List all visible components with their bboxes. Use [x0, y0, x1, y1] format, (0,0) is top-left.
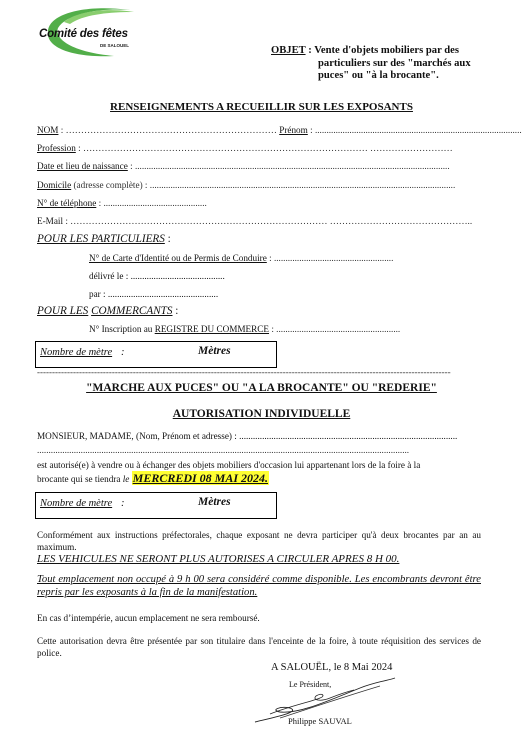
metre-unit-2: Mètres [198, 496, 231, 508]
monsieur-field[interactable]: MONSIEUR, MADAME, (Nom, Prénom et adress… [37, 431, 457, 442]
email-label: E-Mail [37, 216, 63, 226]
metre-box-1[interactable]: Nombre de mètre : Mètres [35, 341, 277, 368]
signature-place-date: A SALOUËL, le 8 Mai 2024 [271, 662, 392, 673]
commercants-label-b: COMMERCANTS [91, 305, 172, 317]
rule-presentation: Cette autorisation devra être présentée … [37, 636, 481, 659]
body2-le: le [123, 474, 132, 484]
commercants-label-a: POUR LES [37, 305, 88, 317]
metre-label-text-1: Nombre de mètre [40, 347, 112, 358]
naissance-dots: : ......................................… [128, 161, 450, 171]
autorisation-title-1: "MARCHE AUX PUCES" OU "A LA BROCANTE" OU… [0, 382, 523, 394]
signature-name: Philippe SAUVAL [288, 716, 352, 726]
objet-line-1: Vente d'objets mobiliers par des [314, 45, 459, 56]
metre-colon-1: : [121, 347, 125, 358]
nom-label: NOM [37, 125, 58, 135]
metre-box-2[interactable]: Nombre de mètre : Mètres [35, 492, 277, 519]
rule-prefectoral: Conformément aux instructions préfectora… [37, 530, 481, 553]
carte-dots: : ......................................… [267, 253, 394, 263]
logo-subtitle: DE SALOUEL [100, 43, 129, 48]
commercants-colon: : [173, 305, 179, 317]
objet-block: OBJET : Vente d'objets mobiliers par des… [271, 45, 511, 83]
objet-line-2: particuliers sur des "marchés aux [271, 58, 511, 71]
prenom-dots: : ......................................… [308, 125, 522, 135]
carte-label: N° de Carte d'Identité ou de Permis de C… [89, 253, 267, 263]
naissance-field[interactable]: Date et lieu de naissance : ............… [37, 161, 450, 172]
registre-dots: : ......................................… [269, 324, 400, 334]
monsieur-dots-line-2[interactable]: ........................................… [37, 445, 475, 456]
profession-label: Profession [37, 143, 76, 153]
autorisation-body-2: brocante qui se tiendra le MERCREDI 08 M… [37, 473, 269, 486]
metre-label-2: Nombre de mètre [40, 498, 112, 509]
objet-separator: : [306, 45, 315, 56]
metre-label-1: Nombre de mètre [40, 347, 112, 358]
autorisation-body-1: est autorisé(e) à vendre ou à échanger d… [37, 460, 477, 472]
registre-field[interactable]: N° Inscription au REGISTRE DU COMMERCE :… [89, 324, 400, 335]
cut-separator: ----------------------------------------… [37, 367, 467, 377]
email-field[interactable]: E-Mail : ………………………………………………………………………… ……… [37, 216, 472, 227]
domicile-label: Domicile [37, 180, 71, 190]
telephone-field[interactable]: N° de téléphone : ......................… [37, 198, 207, 209]
par-field[interactable]: par : ..................................… [89, 289, 218, 300]
domicile-field[interactable]: Domicile (adresse complète) : ..........… [37, 180, 455, 191]
commercants-title: POUR LES COMMERCANTS : [37, 305, 178, 317]
particuliers-title: POUR LES PARTICULIERS : [37, 233, 171, 245]
rule-vehicules: LES VEHICULES NE SERONT PLUS AUTORISES A… [37, 553, 399, 565]
nom-field[interactable]: NOM : …………………………………………………………… Prénom : .… [37, 125, 522, 136]
objet-line-3: puces" ou "à la brocante". [271, 70, 511, 83]
registre-label: REGISTRE DU COMMERCE [155, 324, 269, 334]
objet-label: OBJET [271, 45, 306, 56]
carte-field[interactable]: N° de Carte d'Identité ou de Permis de C… [89, 253, 393, 264]
particuliers-label: POUR LES PARTICULIERS [37, 233, 165, 245]
telephone-label: N° de téléphone [37, 198, 96, 208]
prenom-label: Prénom [279, 125, 308, 135]
particuliers-colon: : [165, 233, 171, 245]
domicile-dots: (adresse complète) : ...................… [71, 180, 455, 190]
metre-colon-2: : [121, 498, 125, 509]
registre-prefix: N° Inscription au [89, 324, 155, 334]
telephone-dots: : ......................................… [96, 198, 207, 208]
logo: Comité des fêtes DE SALOUEL [34, 2, 146, 60]
profession-dots: : ………………………………………………………………………………… ………………… [76, 143, 453, 153]
rule-emplacement: Tout emplacement non occupé à 9 h 00 ser… [37, 574, 481, 599]
profession-field[interactable]: Profession : ………………………………………………………………………… [37, 143, 453, 154]
info-section-title: RENSEIGNEMENTS A RECUEILLIR SUR LES EXPO… [0, 101, 523, 113]
body2-prefix: brocante qui se tiendra [37, 474, 123, 484]
email-dots: : ………………………………………………………………………… ………………………… [63, 216, 472, 226]
brocante-date: MERCREDI 08 MAI 2024. [132, 471, 269, 485]
rule-intemperie: En cas d’intempérie, aucun emplacement n… [37, 613, 260, 625]
logo-name: Comité des fêtes [39, 28, 128, 40]
autorisation-title-2: AUTORISATION INDIVIDUELLE [0, 408, 523, 420]
delivre-field[interactable]: délivré le : ...........................… [89, 271, 225, 282]
naissance-label: Date et lieu de naissance [37, 161, 128, 171]
metre-unit-1: Mètres [198, 345, 231, 357]
nom-dots: : …………………………………………………………… [58, 125, 279, 135]
metre-label-text-2: Nombre de mètre [40, 498, 112, 509]
